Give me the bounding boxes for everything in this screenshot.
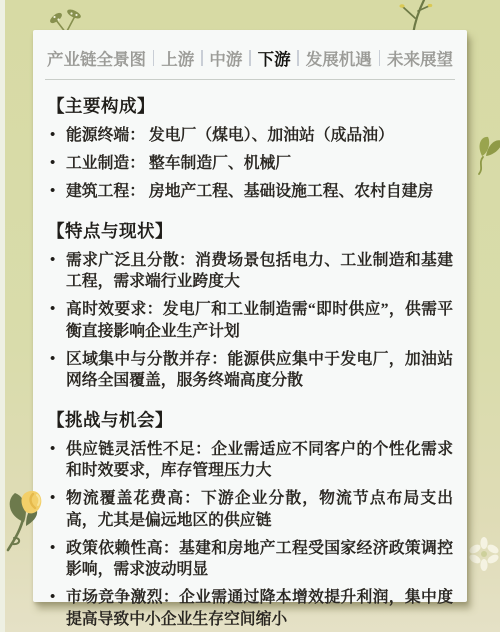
nav-divider: [201, 50, 203, 66]
bullet-item: 区域集中与分散并存：能源供应集中于发电厂，加油站网络全国覆盖，服务终端高度分散: [47, 349, 453, 392]
bullet-item: 建筑工程： 房地产工程、基础设施工程、农村自建房: [47, 181, 453, 203]
section-main-composition: 【主要构成】 能源终端： 发电厂（煤电）、加油站（成品油） 工业制造： 整车制造…: [47, 93, 453, 203]
leaf-icon: [474, 134, 500, 178]
bullet-item: 能源终端： 发电厂（煤电）、加油站（成品油）: [47, 125, 453, 147]
bullet-list: 需求广泛且分散：消费场景包括电力、工业制造和基建工程，需求端行业跨度大 高时效要…: [47, 250, 453, 392]
bullet-item: 供应链灵活性不足：企业需适应不同客户的个性化需求和时效要求，库存管理压力大: [47, 439, 453, 482]
tab-bar: 产业链全景图 上游 中游 下游 发展机遇 未来展望: [45, 44, 455, 80]
bullet-list: 能源终端： 发电厂（煤电）、加油站（成品油） 工业制造： 整车制造厂、机械厂 建…: [47, 125, 453, 203]
tulip-flower-icon: [0, 486, 44, 572]
bullet-item: 工业制造： 整车制造厂、机械厂: [47, 153, 453, 175]
tab-upstream[interactable]: 上游: [161, 46, 194, 70]
bullet-item: 市场竞争激烈：企业需通过降本增效提升利润，集中度提高导致中小企业生存空间缩小: [47, 587, 453, 630]
section-heading: 【挑战与机会】: [47, 407, 453, 432]
daisy-flower-icon: [468, 536, 500, 572]
tab-panorama[interactable]: 产业链全景图: [47, 46, 146, 70]
section-characteristics: 【特点与现状】 需求广泛且分散：消费场景包括电力、工业制造和基建工程，需求端行业…: [47, 218, 453, 392]
section-challenges: 【挑战与机会】 供应链灵活性不足：企业需适应不同客户的个性化需求和时效要求，库存…: [47, 407, 453, 631]
tab-opportunities[interactable]: 发展机遇: [306, 46, 372, 70]
nav-divider: [249, 50, 251, 66]
bullet-item: 高时效要求：发电厂和工业制造需“即时供应”，供需平衡直接影响企业生产计划: [47, 299, 453, 342]
tab-downstream[interactable]: 下游: [258, 46, 291, 70]
bullet-list: 供应链灵活性不足：企业需适应不同客户的个性化需求和时效要求，库存管理压力大 物流…: [47, 439, 453, 631]
card-content: 【主要构成】 能源终端： 发电厂（煤电）、加油站（成品油） 工业制造： 整车制造…: [45, 93, 455, 630]
tab-outlook[interactable]: 未来展望: [387, 46, 453, 70]
content-card: 产业链全景图 上游 中游 下游 发展机遇 未来展望 【主要构成】 能源终端： 发…: [33, 30, 467, 602]
nav-divider: [153, 50, 155, 66]
section-heading: 【特点与现状】: [47, 218, 453, 243]
branch-icon: [393, 0, 437, 34]
bullet-item: 物流覆盖花费高：下游企业分散，物流节点布局支出高，尤其是偏远地区的供应链: [47, 488, 453, 531]
nav-divider: [297, 50, 299, 66]
section-heading: 【主要构成】: [47, 93, 453, 118]
nav-divider: [379, 50, 381, 66]
bullet-item: 政策依赖性高：基建和房地产工程受国家经济政策调控影响，需求波动明显: [47, 538, 453, 581]
bullet-item: 需求广泛且分散：消费场景包括电力、工业制造和基建工程，需求端行业跨度大: [47, 250, 453, 293]
tab-midstream[interactable]: 中游: [209, 46, 242, 70]
